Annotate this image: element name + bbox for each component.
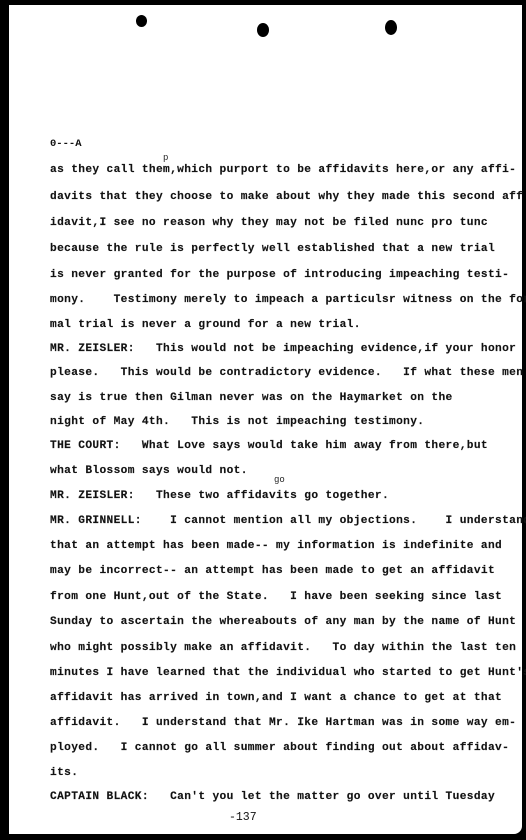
text-line: from one Hunt,out of the State. I have b…: [50, 590, 502, 604]
text-line: its.: [50, 766, 78, 780]
speaker-line: THE COURT: What Love says would take him…: [50, 439, 488, 453]
punch-hole-icon: [257, 23, 269, 37]
text-line: affidavit. I understand that Mr. Ike Har…: [50, 716, 516, 730]
text-line: please. This would be contradictory evid…: [50, 366, 523, 380]
text-line: ployed. I cannot go all summer about fin…: [50, 741, 509, 755]
handwritten-insert: p: [163, 153, 168, 163]
text-line: night of May 4th. This is not impeaching…: [50, 415, 424, 429]
document-page: 0---A p go as they call them,which purpo…: [9, 5, 522, 834]
section-mark: 0---A: [50, 138, 82, 150]
punch-hole-icon: [385, 20, 397, 35]
text-line: mal trial is never a ground for a new tr…: [50, 318, 361, 332]
text-line: davits that they choose to make about wh…: [50, 190, 523, 204]
page-number: -137: [229, 811, 257, 824]
speaker-line: CAPTAIN BLACK: Can't you let the matter …: [50, 790, 495, 804]
text-line: idavit,I see no reason why they may not …: [50, 216, 488, 230]
text-line: Sunday to ascertain the whereabouts of a…: [50, 615, 516, 629]
text-line: as they call them,which purport to be af…: [50, 163, 516, 177]
text-line: affidavit has arrived in town,and I want…: [50, 691, 502, 705]
text-line: minutes I have learned that the individu…: [50, 666, 526, 680]
handwritten-insert: go: [274, 475, 285, 485]
speaker-line: MR. ZEISLER: These two affidavits go tog…: [50, 489, 389, 503]
text-line: that an attempt has been made-- my infor…: [50, 539, 502, 553]
speaker-line: MR. GRINNELL: I cannot mention all my ob…: [50, 514, 526, 528]
text-line: mony. Testimony merely to impeach a part…: [50, 293, 526, 307]
text-line: say is true then Gilman never was on the…: [50, 391, 453, 405]
text-line: who might possibly make an affidavit. To…: [50, 641, 516, 655]
punch-hole-icon: [136, 15, 147, 27]
text-line: is never granted for the purpose of intr…: [50, 268, 509, 282]
text-line: what Blossom says would not.: [50, 464, 248, 478]
speaker-line: MR. ZEISLER: This would not be impeachin…: [50, 342, 516, 356]
text-line: may be incorrect-- an attempt has been m…: [50, 564, 495, 578]
text-line: because the rule is perfectly well estab…: [50, 242, 495, 256]
